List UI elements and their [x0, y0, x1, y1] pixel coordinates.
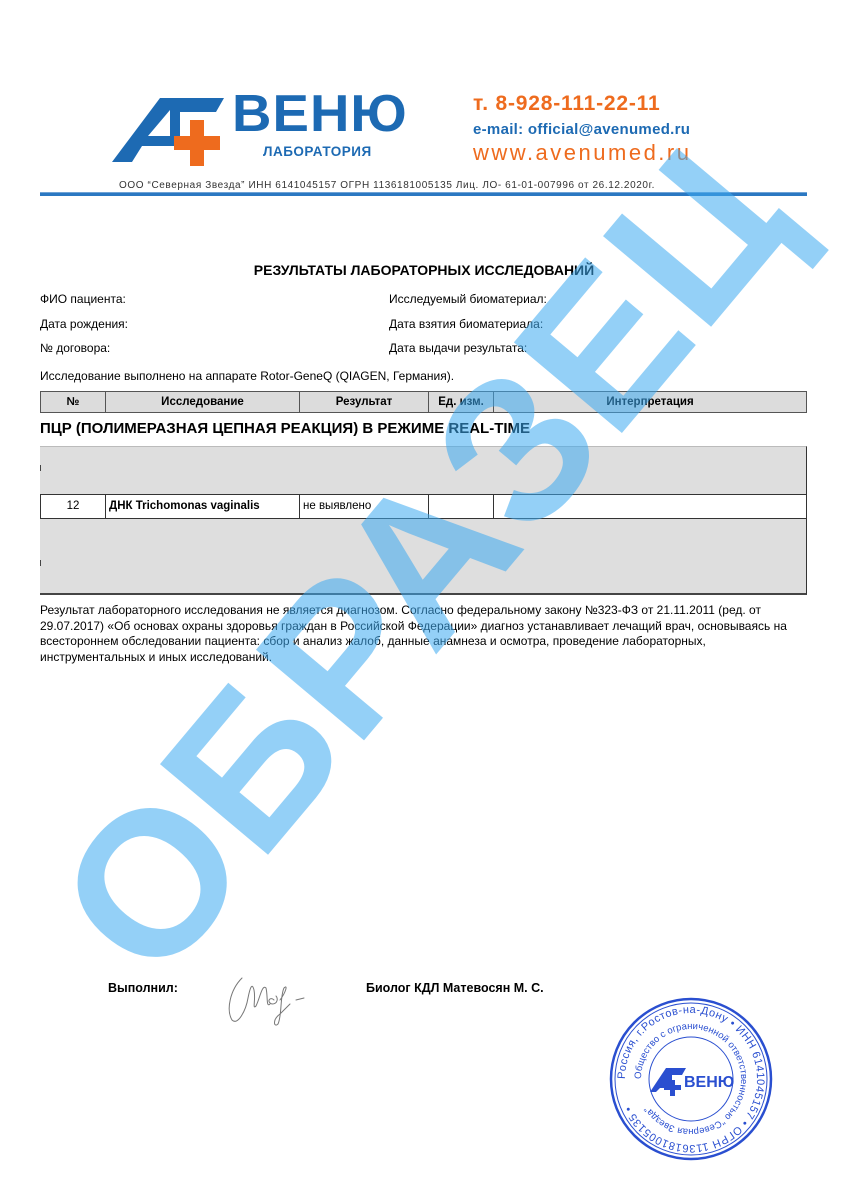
- field-birth-date: Дата рождения:: [40, 317, 128, 331]
- table-tick: [40, 465, 41, 471]
- col-header-interpretation: Интерпретация: [494, 392, 806, 412]
- cell-interpretation: [494, 495, 806, 518]
- table-row: 12 ДНК Trichomonas vaginalis не выявлено: [40, 494, 807, 519]
- cell-result: не выявлено: [300, 495, 429, 518]
- col-header-unit: Ед. изм.: [429, 392, 494, 412]
- brand-name: ВЕНЮ: [232, 84, 408, 144]
- brand-logo-icon: [112, 92, 237, 170]
- document-title: РЕЗУЛЬТАТЫ ЛАБОРАТОРНЫХ ИССЛЕДОВАНИЙ: [0, 262, 848, 278]
- stamp-brand: ВЕНЮ: [684, 1074, 734, 1091]
- col-header-number: №: [41, 392, 106, 412]
- signatory-name: Биолог КДЛ Матевосян М. С.: [366, 981, 544, 995]
- cell-test: ДНК Trichomonas vaginalis: [106, 495, 300, 518]
- device-info: Исследование выполнено на аппарате Rotor…: [40, 369, 454, 383]
- handwritten-signature-icon: [222, 970, 322, 1030]
- section-title: ПЦР (ПОЛИМЕРАЗНАЯ ЦЕПНАЯ РЕАКЦИЯ) В РЕЖИ…: [40, 420, 530, 437]
- redacted-rows-top: [40, 446, 807, 494]
- official-stamp-icon: Россия, г.Ростов-на-Дону • ИНН 614104515…: [608, 996, 774, 1162]
- cell-unit: [429, 495, 494, 518]
- col-header-test: Исследование: [106, 392, 300, 412]
- contact-website: www.avenumed.ru: [473, 140, 691, 166]
- company-requisites: ООО “Северная Звезда” ИНН 6141045157 ОГР…: [119, 180, 655, 191]
- field-result-date: Дата выдачи результата:: [389, 341, 527, 355]
- field-patient-name: ФИО пациента:: [40, 292, 126, 306]
- redacted-rows-bottom: [40, 519, 807, 595]
- results-table-header: № Исследование Результат Ед. изм. Интерп…: [40, 391, 807, 413]
- cell-number: 12: [41, 495, 106, 518]
- header-divider: [40, 193, 807, 196]
- signature-label: Выполнил:: [108, 981, 178, 995]
- brand-subtitle: ЛАБОРАТОРИЯ: [263, 144, 372, 159]
- contact-phone: т. 8-928-111-22-11: [473, 92, 660, 116]
- field-biomaterial: Исследуемый биоматериал:: [389, 292, 547, 306]
- col-header-result: Результат: [300, 392, 429, 412]
- field-sampling-date: Дата взятия биоматериала:: [389, 317, 543, 331]
- contact-email: e-mail: official@avenumed.ru: [473, 121, 690, 138]
- table-tick: [40, 560, 41, 566]
- field-contract-number: № договора:: [40, 341, 110, 355]
- disclaimer-text: Результат лабораторного исследования не …: [40, 603, 810, 665]
